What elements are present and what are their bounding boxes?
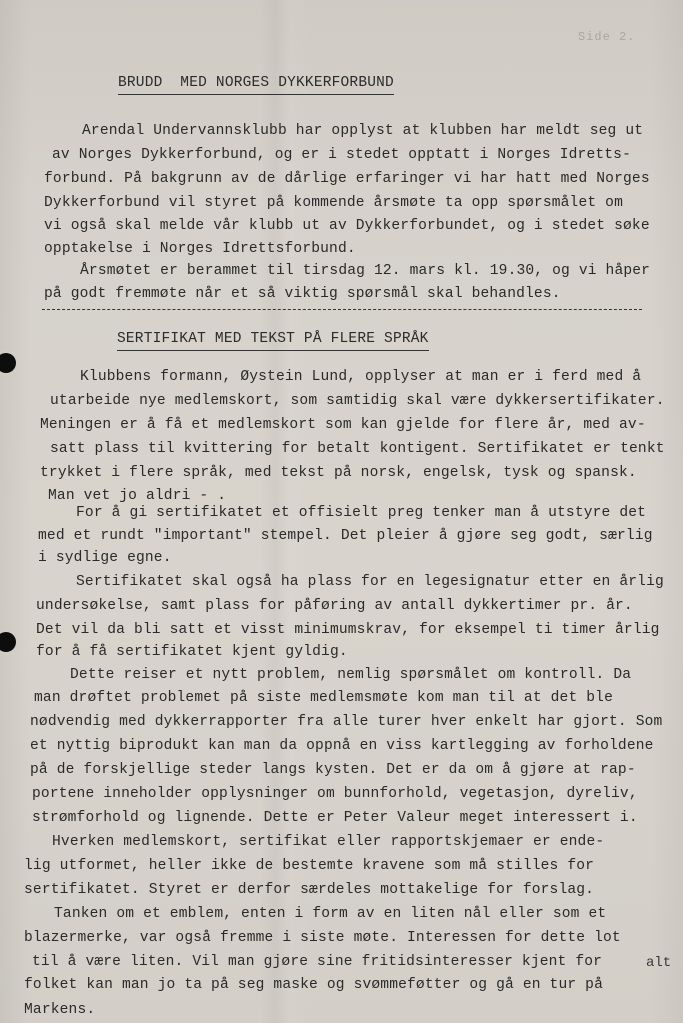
text-line: trykket i flere språk, med tekst på nors… [40, 464, 637, 482]
text-line: forbund. På bakgrunn av de dårlige erfar… [44, 170, 650, 188]
text-line: Sertifikatet skal også ha plass for en l… [76, 573, 664, 591]
text-line: portene inneholder opplysninger om bunnf… [32, 785, 638, 803]
text-line: Markens. [24, 1001, 95, 1019]
text-line: undersøkelse, samt plass for påføring av… [36, 597, 633, 615]
text-line: Klubbens formann, Øystein Lund, opplyser… [80, 368, 641, 386]
text-line: Hverken medlemskort, sertifikat eller ra… [52, 833, 604, 851]
text-line: til å være liten. Vil man gjøre sine fri… [32, 953, 602, 971]
punch-hole [0, 632, 16, 652]
text-line: folket kan man jo ta på seg maske og svø… [24, 976, 603, 994]
text-line: på de forskjellige steder langs kysten. … [30, 761, 636, 779]
text-line: lig utformet, heller ikke de bestemte kr… [24, 857, 594, 875]
text-line: Tanken om et emblem, enten i form av en … [54, 905, 606, 923]
text-line: Meningen er å få et medlemskort som kan … [40, 416, 646, 434]
section-heading-sertifikat: SERTIFIKAT MED TEKST PÅ FLERE SPRÅK [117, 330, 429, 351]
margin-note: alt [646, 955, 671, 971]
dashed-separator [42, 309, 642, 310]
text-line: Årsmøtet er berammet til tirsdag 12. mar… [80, 262, 650, 280]
text-line: blazermerke, var også fremme i siste møt… [24, 929, 621, 947]
text-line: et nyttig biprodukt kan man da oppnå en … [30, 737, 654, 755]
text-line: vi også skal melde vår klubb ut av Dykke… [44, 217, 650, 235]
text-line: Man vet jo aldri - . [48, 487, 226, 505]
text-line: For å gi sertifikatet et offisielt preg … [76, 504, 646, 522]
text-line: nødvendig med dykkerrapporter fra alle t… [30, 713, 662, 731]
text-line: satt plass til kvittering for betalt kon… [50, 440, 665, 458]
text-line: opptakelse i Norges Idrettsforbund. [44, 240, 356, 258]
text-line: for å få sertifikatet kjent gyldig. [36, 643, 348, 661]
text-line: utarbeide nye medlemskort, som samtidig … [50, 392, 665, 410]
text-line: med et rundt "important" stempel. Det pl… [38, 527, 653, 545]
text-line: av Norges Dykkerforbund, og er i stedet … [52, 146, 631, 164]
document-page: Side 2. BRUDD MED NORGES DYKKERFORBUND A… [0, 0, 683, 1023]
text-line: sertifikatet. Styret er derfor særdeles … [24, 881, 594, 899]
text-line: Dykkerforbund vil styret på kommende års… [44, 194, 623, 212]
text-line: i sydlige egne. [38, 549, 172, 567]
text-line: Dette reiser et nytt problem, nemlig spø… [70, 666, 631, 684]
text-line: Det vil da bli satt et visst minimumskra… [36, 621, 660, 639]
text-line: man drøftet problemet på siste medlemsmø… [34, 689, 613, 707]
text-line: Arendal Undervannsklubb har opplyst at k… [82, 122, 643, 140]
text-line: på godt fremmøte når et så viktig spørsm… [44, 285, 561, 303]
text-line: strømforhold og lignende. Dette er Peter… [32, 809, 638, 827]
page-number: Side 2. [578, 30, 635, 44]
punch-hole [0, 353, 16, 373]
section-heading-brudd: BRUDD MED NORGES DYKKERFORBUND [118, 74, 394, 95]
